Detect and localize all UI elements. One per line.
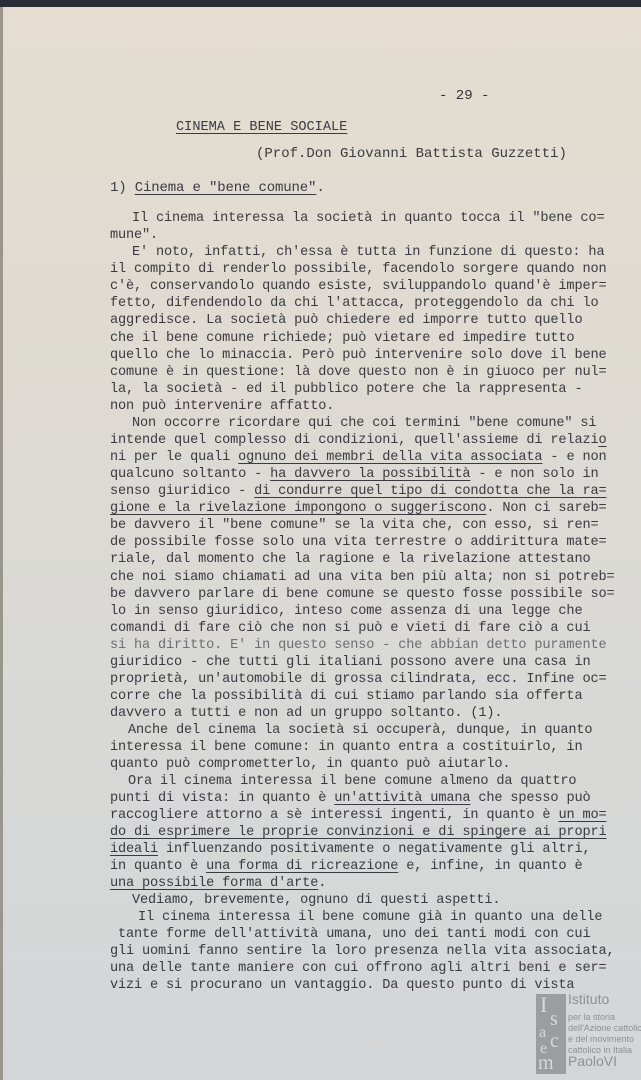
- watermark-logo: I s a c e m Istituto per la storia dell'…: [536, 994, 640, 1074]
- text-run: interessa il bene comune: in quanto entr…: [110, 740, 582, 755]
- text-run: intende quel complesso di condizioni, qu…: [110, 433, 598, 448]
- underlined-phrase: do di esprimere le proprie convinzioni e…: [110, 825, 606, 840]
- logo-letter: c: [550, 1030, 559, 1053]
- underlined-phrase: di condurre quel tipo di condotta che la…: [254, 484, 606, 499]
- text-run: E' noto, infatti, ch'essa è tutta in fun…: [132, 245, 604, 260]
- text-line: E' noto, infatti, ch'essa è tutta in fun…: [132, 245, 604, 261]
- text-run: comune è in questione: là dove questo no…: [110, 365, 606, 380]
- text-run: - e non: [542, 450, 606, 465]
- text-line: Il cinema interessa il bene comune già i…: [138, 910, 602, 926]
- text-line: una delle tante maniere con cui offrono …: [110, 961, 606, 977]
- text-run: be davvero parlare di bene comune se que…: [110, 587, 614, 602]
- text-run: quello che lo minaccia. Però può interve…: [110, 348, 606, 363]
- text-line: Il cinema interessa la società in quanto…: [132, 211, 604, 227]
- section-title: Cinema e "bene comune": [135, 180, 317, 196]
- underlined-phrase: ideali: [110, 842, 158, 857]
- text-line: si ha diritto. E' in questo senso - che …: [110, 638, 606, 654]
- text-run: gli uomini fanno sentire la loro presenz…: [110, 944, 614, 959]
- logo-text-istituto: Istituto: [568, 994, 609, 1005]
- text-run: e, infine, in quanto è: [398, 859, 582, 874]
- underlined-phrase: un'attività umana: [334, 791, 470, 806]
- underlined-phrase: gione e la rivelazione impongono o sugge…: [110, 501, 486, 516]
- text-line: non può intervenire affatto.: [110, 399, 334, 415]
- text-line: comune è in questione: là dove questo no…: [110, 365, 606, 381]
- text-line: Ora il cinema interessa il bene comune a…: [128, 774, 576, 790]
- text-line: tante forme dell'attività umana, uno dei…: [118, 927, 590, 943]
- logo-text: dell'Azione cattolica: [568, 1023, 641, 1034]
- text-line: be davvero il "bene comune" se la vita c…: [110, 518, 598, 534]
- text-line: lo in senso giuridico, inteso come assen…: [110, 604, 582, 620]
- text-run: lo in senso giuridico, inteso come assen…: [110, 604, 582, 619]
- logo-letter: s: [550, 1008, 558, 1031]
- underlined-phrase: un mo=: [558, 808, 606, 823]
- text-run: senso giuridico -: [110, 484, 254, 499]
- logo-text: per la storia: [568, 1012, 615, 1023]
- logo-monogram: I s a c e m: [536, 994, 566, 1074]
- text-line: quanto può comprometterlo, in quanto può…: [110, 757, 510, 773]
- text-run: . Non ci sareb=: [486, 501, 606, 516]
- text-line: davvero a tutti e non ad un gruppo solta…: [110, 706, 502, 722]
- text-line: senso giuridico - di condurre quel tipo …: [110, 484, 606, 500]
- text-line: gione e la rivelazione impongono o sugge…: [110, 501, 606, 517]
- text-line: Anche del cinema la società si occuperà,…: [128, 723, 592, 739]
- text-line: intende quel complesso di condizioni, qu…: [110, 433, 606, 449]
- text-run: proprietà, un'automobile di grossa cilin…: [110, 672, 606, 687]
- text-run: la, la società - ed il pubblico potere c…: [110, 382, 582, 397]
- text-run: una delle tante maniere con cui offrono …: [110, 961, 606, 976]
- text-line: riale, dal momento che la ragione e la r…: [110, 552, 590, 568]
- text-run: .: [318, 876, 326, 891]
- text-line: Vediamo, brevemente, ognuno di questi as…: [132, 893, 500, 909]
- text-run: non può intervenire affatto.: [110, 399, 334, 414]
- author-line: (Prof.Don Giovanni Battista Guzzetti): [256, 146, 567, 162]
- text-run: Vediamo, brevemente, ognuno di questi as…: [132, 893, 500, 908]
- text-line: raccogliere attorno a sè interessi ingen…: [110, 808, 606, 824]
- text-line: fetto, difendendolo da chi l'attacca, pr…: [110, 296, 598, 312]
- text-run: raccogliere attorno a sè interessi ingen…: [110, 808, 558, 823]
- text-line: ni per le quali ognuno dei membri della …: [110, 450, 606, 466]
- text-line: comandi di fare ciò che non si può e vie…: [110, 621, 590, 637]
- text-line: che noi siamo chiamati ad una vita ben p…: [110, 570, 614, 586]
- document-title: CINEMA E BENE SOCIALE: [176, 120, 347, 135]
- text-run: riale, dal momento che la ragione e la r…: [110, 552, 590, 567]
- text-run: comandi di fare ciò che non si può e vie…: [110, 621, 590, 636]
- text-run: qualcuno soltanto -: [110, 467, 270, 482]
- text-run: be davvero il "bene comune" se la vita c…: [110, 518, 598, 533]
- text-run: aggredisce. La società può chiedere ed i…: [110, 313, 582, 328]
- text-line: proprietà, un'automobile di grossa cilin…: [110, 672, 606, 688]
- text-line: do di esprimere le proprie convinzioni e…: [110, 825, 606, 841]
- section-heading: 1) Cinema e "bene comune".: [110, 180, 325, 196]
- text-run: quanto può comprometterlo, in quanto può…: [110, 757, 510, 772]
- underlined-phrase: una forma di ricreazione: [206, 859, 398, 874]
- text-run: punti di vista: in quanto è: [110, 791, 334, 806]
- text-line: giuridico - che tutti gli italiani posso…: [110, 655, 590, 671]
- text-line: c'è, conservandolo quando esiste, svilup…: [110, 279, 606, 295]
- section-number: 1): [110, 180, 127, 196]
- text-line: be davvero parlare di bene comune se que…: [110, 587, 614, 603]
- text-line: in quanto è una forma di ricreazione e, …: [110, 859, 582, 875]
- text-line: ideali influenzando positivamente o nega…: [110, 842, 590, 858]
- text-line: la, la società - ed il pubblico potere c…: [110, 382, 582, 398]
- logo-letter: m: [538, 1052, 554, 1075]
- text-run: Non occorre ricordare qui che coi termin…: [132, 416, 596, 431]
- text-line: una possibile forma d'arte.: [110, 876, 326, 892]
- text-run: che noi siamo chiamati ad una vita ben p…: [110, 570, 614, 585]
- logo-text-paolovi: PaoloVI: [568, 1056, 617, 1067]
- text-run: Il cinema interessa la società in quanto…: [132, 211, 604, 226]
- text-run: si ha diritto. E' in questo senso - che …: [110, 638, 606, 653]
- text-run: ni per le quali: [110, 450, 238, 465]
- text-run: corre che la possibilità di cui stiamo p…: [110, 689, 582, 704]
- text-line: aggredisce. La società può chiedere ed i…: [110, 313, 582, 329]
- section-punct: .: [316, 180, 324, 196]
- text-run: Il cinema interessa il bene comune già i…: [138, 910, 602, 925]
- text-run: Ora il cinema interessa il bene comune a…: [128, 774, 576, 789]
- text-line: vizi e si procurano un vantaggio. Da que…: [110, 978, 574, 994]
- underlined-phrase: ognuno dei membri della vita associata: [238, 450, 542, 465]
- text-run: mune".: [110, 228, 158, 243]
- logo-text: e del movimento: [568, 1034, 634, 1045]
- text-run: tante forme dell'attività umana, uno dei…: [118, 927, 590, 942]
- text-run: c'è, conservandolo quando esiste, svilup…: [110, 279, 606, 294]
- text-line: Non occorre ricordare qui che coi termin…: [132, 416, 596, 432]
- text-run: che spesso può: [470, 791, 590, 806]
- text-line: corre che la possibilità di cui stiamo p…: [110, 689, 582, 705]
- text-run: giuridico - che tutti gli italiani posso…: [110, 655, 590, 670]
- underlined-phrase: ha davvero la possibilità: [270, 467, 470, 482]
- text-line: il compito di renderlo possibile, facend…: [110, 262, 606, 278]
- text-run: fetto, difendendolo da chi l'attacca, pr…: [110, 296, 598, 311]
- text-run: de possibile fosse solo una vita terrest…: [110, 535, 606, 550]
- logo-letter: I: [540, 992, 547, 1018]
- text-run: davvero a tutti e non ad un gruppo solta…: [110, 706, 502, 721]
- text-line: che il bene comune richiede; può vietare…: [110, 331, 574, 347]
- text-line: gli uomini fanno sentire la loro presenz…: [110, 944, 614, 960]
- underlined-phrase: una possibile forma d'arte: [110, 876, 318, 891]
- text-run: influenzando positivamente o negativamen…: [158, 842, 590, 857]
- text-run: in quanto è: [110, 859, 206, 874]
- text-run: il compito di renderlo possibile, facend…: [110, 262, 606, 277]
- text-run: - e non solo in: [470, 467, 598, 482]
- text-run: che il bene comune richiede; può vietare…: [110, 331, 574, 346]
- text-line: punti di vista: in quanto è un'attività …: [110, 791, 590, 807]
- text-line: qualcuno soltanto - ha davvero la possib…: [110, 467, 598, 483]
- text-run: Anche del cinema la società si occuperà,…: [128, 723, 592, 738]
- text-line: mune".: [110, 228, 158, 244]
- text-line: quello che lo minaccia. Però può interve…: [110, 348, 606, 364]
- text-line: de possibile fosse solo una vita terrest…: [110, 535, 606, 551]
- page-number: - 29 -: [439, 88, 489, 104]
- text-line: interessa il bene comune: in quanto entr…: [110, 740, 582, 756]
- underlined-phrase: o: [598, 433, 606, 448]
- text-run: vizi e si procurano un vantaggio. Da que…: [110, 978, 574, 993]
